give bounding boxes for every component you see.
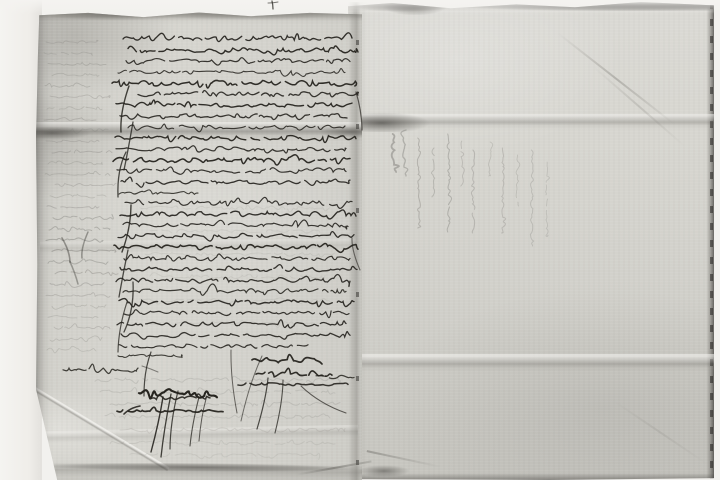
manuscript-text-line xyxy=(121,332,350,340)
manuscript-text-line xyxy=(138,91,358,97)
manuscript-text-line xyxy=(120,114,347,120)
flourish-stroke xyxy=(121,86,129,132)
bleedthrough-line xyxy=(105,413,330,420)
manuscript-text-line xyxy=(124,254,350,261)
flourish-stroke xyxy=(356,92,362,130)
bleedthrough-line xyxy=(120,427,345,434)
signature-stroke xyxy=(301,386,346,413)
margin-bleedthrough-line xyxy=(44,118,96,121)
margin-bleedthrough-line xyxy=(48,63,106,66)
manuscript-text-line xyxy=(116,275,350,287)
manuscript-text-line xyxy=(120,210,356,219)
margin-bleedthrough-line xyxy=(46,238,103,242)
bleedthrough-line xyxy=(95,376,341,384)
manuscript-text-line xyxy=(120,265,357,272)
manuscript-text-line xyxy=(118,69,345,77)
offset-ghost-writing xyxy=(461,141,464,186)
margin-bleedthrough-line xyxy=(49,227,110,232)
manuscript-text-line xyxy=(116,146,346,153)
margin-bleedthrough-line xyxy=(46,40,98,43)
flourish-stroke xyxy=(352,238,360,270)
manuscript-text-line xyxy=(112,80,356,88)
margin-bleedthrough-line xyxy=(52,249,116,252)
flourish-stroke xyxy=(122,205,131,252)
signature-stroke xyxy=(241,356,262,421)
bleedthrough-line xyxy=(150,229,320,233)
manuscript-text-line xyxy=(123,284,346,295)
offset-ghost-writing xyxy=(447,134,451,232)
margin-bleedthrough-line xyxy=(46,293,110,298)
margin-bleedthrough-line xyxy=(48,259,108,264)
margin-bleedthrough-line xyxy=(53,214,113,220)
offset-ghost-writing xyxy=(401,130,408,176)
manuscript-text-line xyxy=(115,136,356,143)
top-edge-ink-mark xyxy=(268,2,278,3)
bleedthrough-line xyxy=(110,401,340,407)
margin-bleedthrough-line xyxy=(47,346,96,353)
photo: Photograph of an opened early-modern man… xyxy=(0,0,720,480)
margin-bleedthrough-line xyxy=(55,183,116,186)
bleedthrough-line xyxy=(145,252,335,257)
offset-ghost-writing xyxy=(471,150,475,233)
manuscript-text-line xyxy=(119,344,308,348)
margin-bleedthrough-line xyxy=(52,305,106,310)
margin-bleedthrough-line xyxy=(45,83,90,87)
margin-bleedthrough-line xyxy=(50,336,102,342)
manuscript-text-line xyxy=(123,220,348,229)
offset-ghost-writing xyxy=(417,138,420,228)
manuscript-text-line xyxy=(113,155,350,165)
margin-bleedthrough-line xyxy=(48,161,103,165)
top-edge-ink-mark xyxy=(272,1,273,9)
margin-bleedthrough-line xyxy=(45,171,110,175)
flourish-stroke xyxy=(124,122,133,170)
bleedthrough-line xyxy=(110,440,335,445)
margin-bleedthrough-line xyxy=(55,270,118,276)
signature-stroke xyxy=(252,355,322,364)
manuscript-text-line xyxy=(118,232,354,241)
manuscript-text-line xyxy=(123,33,352,42)
margin-bleedthrough-line xyxy=(47,206,99,209)
manuscript-text-line xyxy=(124,310,349,318)
manuscript-text-line xyxy=(128,124,345,132)
signature-stroke xyxy=(275,380,283,433)
offset-ghost-writing xyxy=(489,142,493,176)
offset-ghost-writing xyxy=(391,134,398,172)
offset-ghost-writing xyxy=(431,148,434,197)
flourish-stroke xyxy=(119,250,128,297)
signature-stroke xyxy=(231,350,237,413)
offset-ghost-writing xyxy=(502,148,506,233)
margin-bleedthrough-line xyxy=(54,324,110,330)
margin-bleedthrough-line xyxy=(48,315,98,318)
bleedthrough-line xyxy=(130,453,320,459)
signature-stroke xyxy=(238,383,348,386)
manuscript-text-line xyxy=(121,177,350,187)
offset-ghost-writing xyxy=(530,150,533,246)
margin-bleedthrough-line xyxy=(46,140,99,142)
margin-bleedthrough-line xyxy=(52,150,112,153)
signature-stroke xyxy=(316,375,354,378)
bleedthrough-line xyxy=(100,388,335,395)
signature-stroke xyxy=(151,397,163,452)
manuscript-text-line xyxy=(119,299,354,307)
margin-bleedthrough-line xyxy=(50,194,106,198)
manuscript-text-line xyxy=(114,243,358,252)
margin-bleedthrough-line xyxy=(49,129,108,134)
manuscript-text-line xyxy=(117,167,346,174)
margin-bleedthrough-line xyxy=(52,73,99,76)
manuscript-text-line xyxy=(128,46,358,55)
signature-stroke xyxy=(63,364,138,373)
margin-bleedthrough-line xyxy=(44,52,92,55)
margin-bleedthrough-line xyxy=(50,95,110,99)
offset-ghost-writing xyxy=(546,162,550,237)
signature-stroke xyxy=(190,397,199,446)
manuscript-text-line xyxy=(119,190,198,194)
manuscript-text-line xyxy=(126,58,350,65)
flourish-stroke xyxy=(82,232,88,258)
margin-bleedthrough-line xyxy=(47,107,102,110)
signature-stroke xyxy=(142,366,158,372)
offset-ghost-writing xyxy=(516,155,520,206)
manuscript-text-line xyxy=(116,100,352,107)
ink-layer xyxy=(0,0,720,480)
